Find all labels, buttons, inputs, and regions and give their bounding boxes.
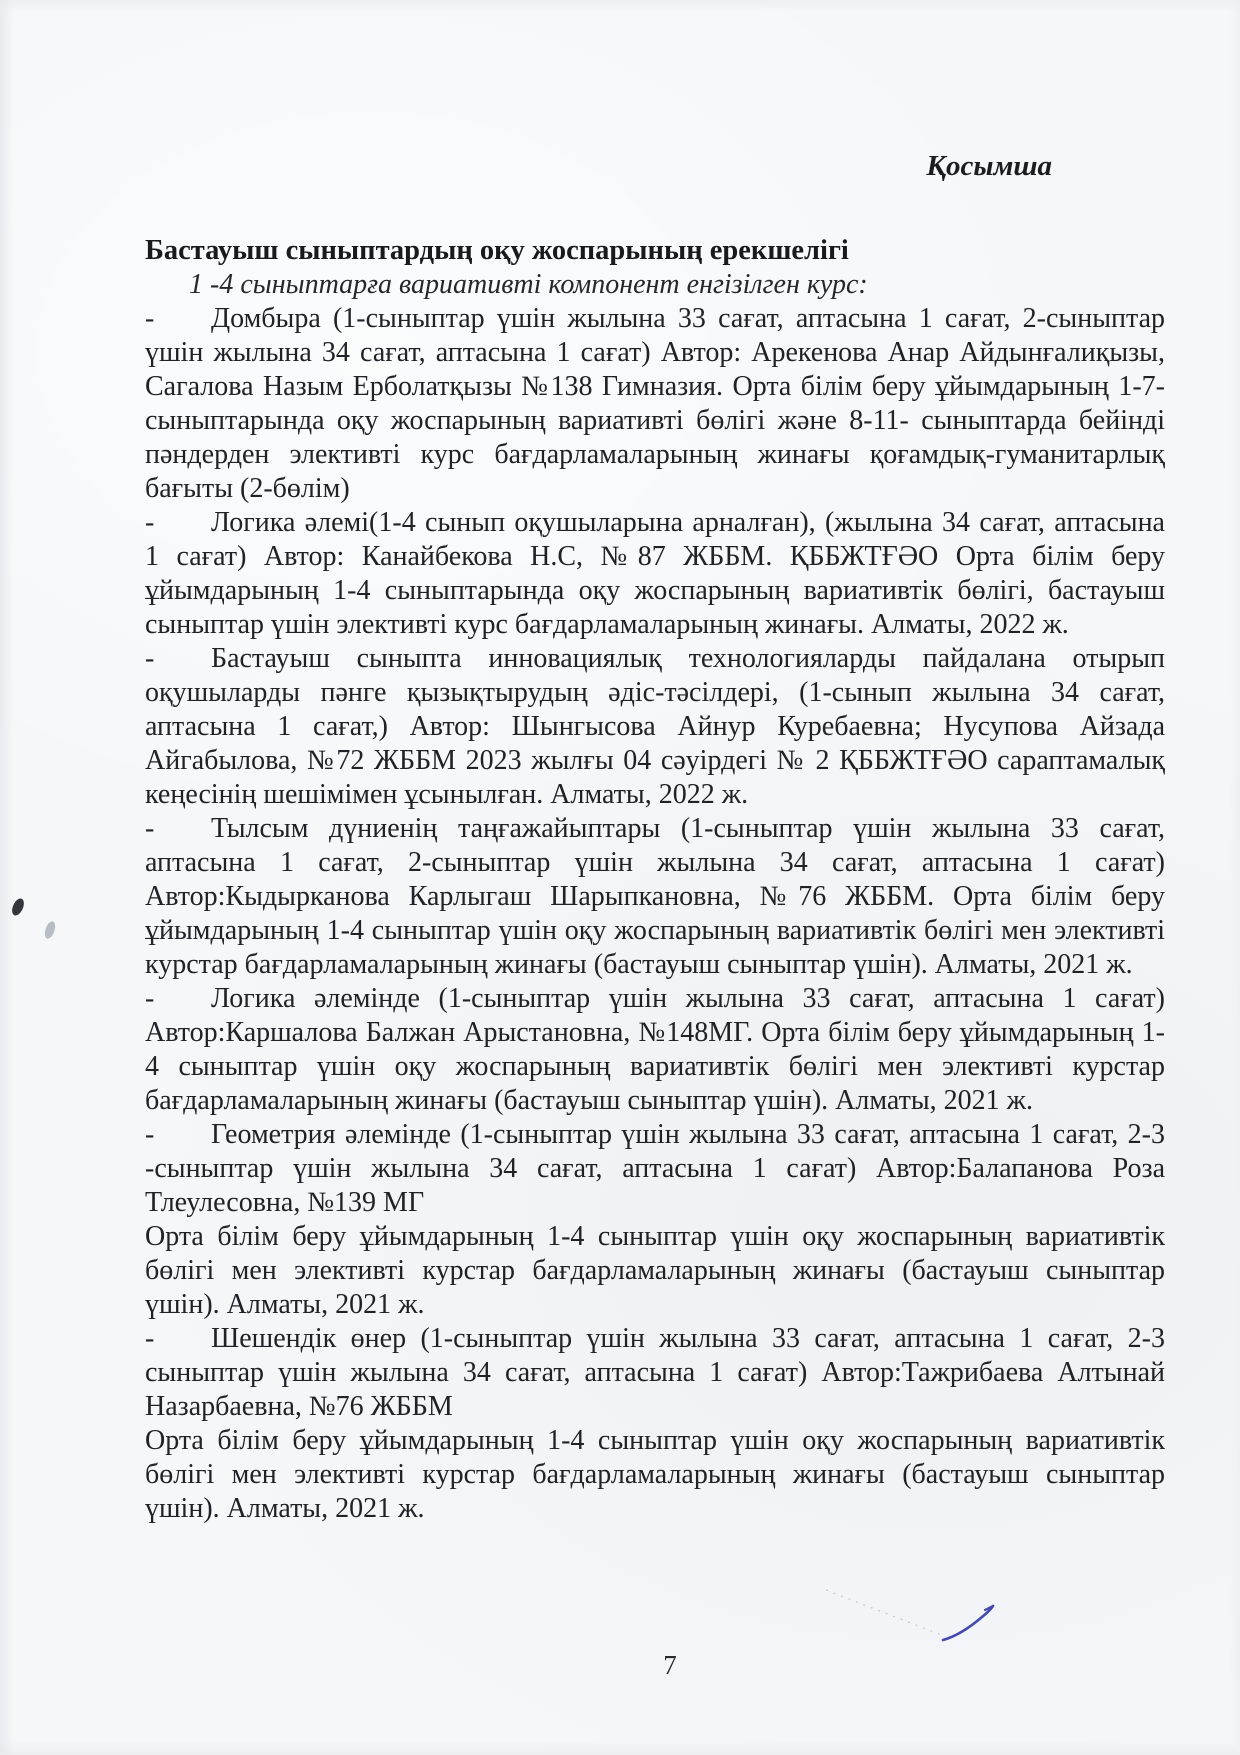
- list-dash: -: [145, 506, 211, 540]
- list-item: -Тылсым дүниенің таңғажайыптары (1-сынып…: [145, 812, 1165, 982]
- list-item-text: Бастауыш сыныпта инновациялық технология…: [145, 643, 1165, 810]
- document-body: Қосымша Бастауыш сыныптардың оқу жоспары…: [145, 148, 1165, 1526]
- scratch-line: [826, 1590, 944, 1636]
- list-item: -Логика әлемінде (1-сыныптар үшін жылына…: [145, 982, 1165, 1118]
- list-item-text: Логика әлемінде (1-сыныптар үшін жылына …: [145, 983, 1165, 1116]
- list-dash: -: [145, 982, 211, 1016]
- list-item-text: Логика әлемі(1-4 сынып оқушыларына арнал…: [145, 507, 1165, 640]
- document-title: Бастауыш сыныптардың оқу жоспарының ерек…: [145, 234, 1165, 268]
- page-number: 7: [640, 1650, 700, 1681]
- ink-specks: [4, 892, 74, 962]
- list-item-text: Домбыра (1-сыныптар үшін жылына 33 сағат…: [145, 303, 1165, 504]
- list-item-continuation: Орта білім беру ұйымдарының 1-4 сыныптар…: [145, 1220, 1165, 1322]
- list-dash: -: [145, 812, 211, 846]
- list-item-text: Шешендік өнер (1-сыныптар үшін жылына 33…: [145, 1323, 1165, 1422]
- list-item-text: Геометрия әлемінде (1-сыныптар үшін жылы…: [145, 1119, 1165, 1218]
- list-item-continuation: Орта білім беру ұйымдарының 1-4 сыныптар…: [145, 1424, 1165, 1526]
- list-item: -Логика әлемі(1-4 сынып оқушыларына арна…: [145, 506, 1165, 642]
- list-item-text: Тылсым дүниенің таңғажайыптары (1-сыныпт…: [145, 813, 1165, 980]
- list-item: -Геометрия әлемінде (1-сыныптар үшін жыл…: [145, 1118, 1165, 1220]
- list-dash: -: [145, 642, 211, 676]
- list-dash: -: [145, 302, 211, 336]
- ink-speck-dark: [10, 897, 26, 918]
- list-item: -Домбыра (1-сыныптар үшін жылына 33 саға…: [145, 302, 1165, 506]
- pen-stroke-path: [943, 1606, 993, 1640]
- appendix-corner-label: Қосымша: [145, 148, 1165, 184]
- list-dash: -: [145, 1118, 211, 1152]
- ink-speck-light: [43, 920, 57, 940]
- list-item: -Шешендік өнер (1-сыныптар үшін жылына 3…: [145, 1322, 1165, 1424]
- scratch-artifact: [822, 1586, 952, 1646]
- list-dash: -: [145, 1322, 211, 1356]
- list-item: -Бастауыш сыныпта инновациялық технологи…: [145, 642, 1165, 812]
- pen-stroke-icon: [938, 1596, 1002, 1648]
- scanned-document-page: Қосымша Бастауыш сыныптардың оқу жоспары…: [0, 0, 1240, 1755]
- document-subtitle: 1 -4 сыныптарға вариативті компонент енг…: [145, 268, 1165, 302]
